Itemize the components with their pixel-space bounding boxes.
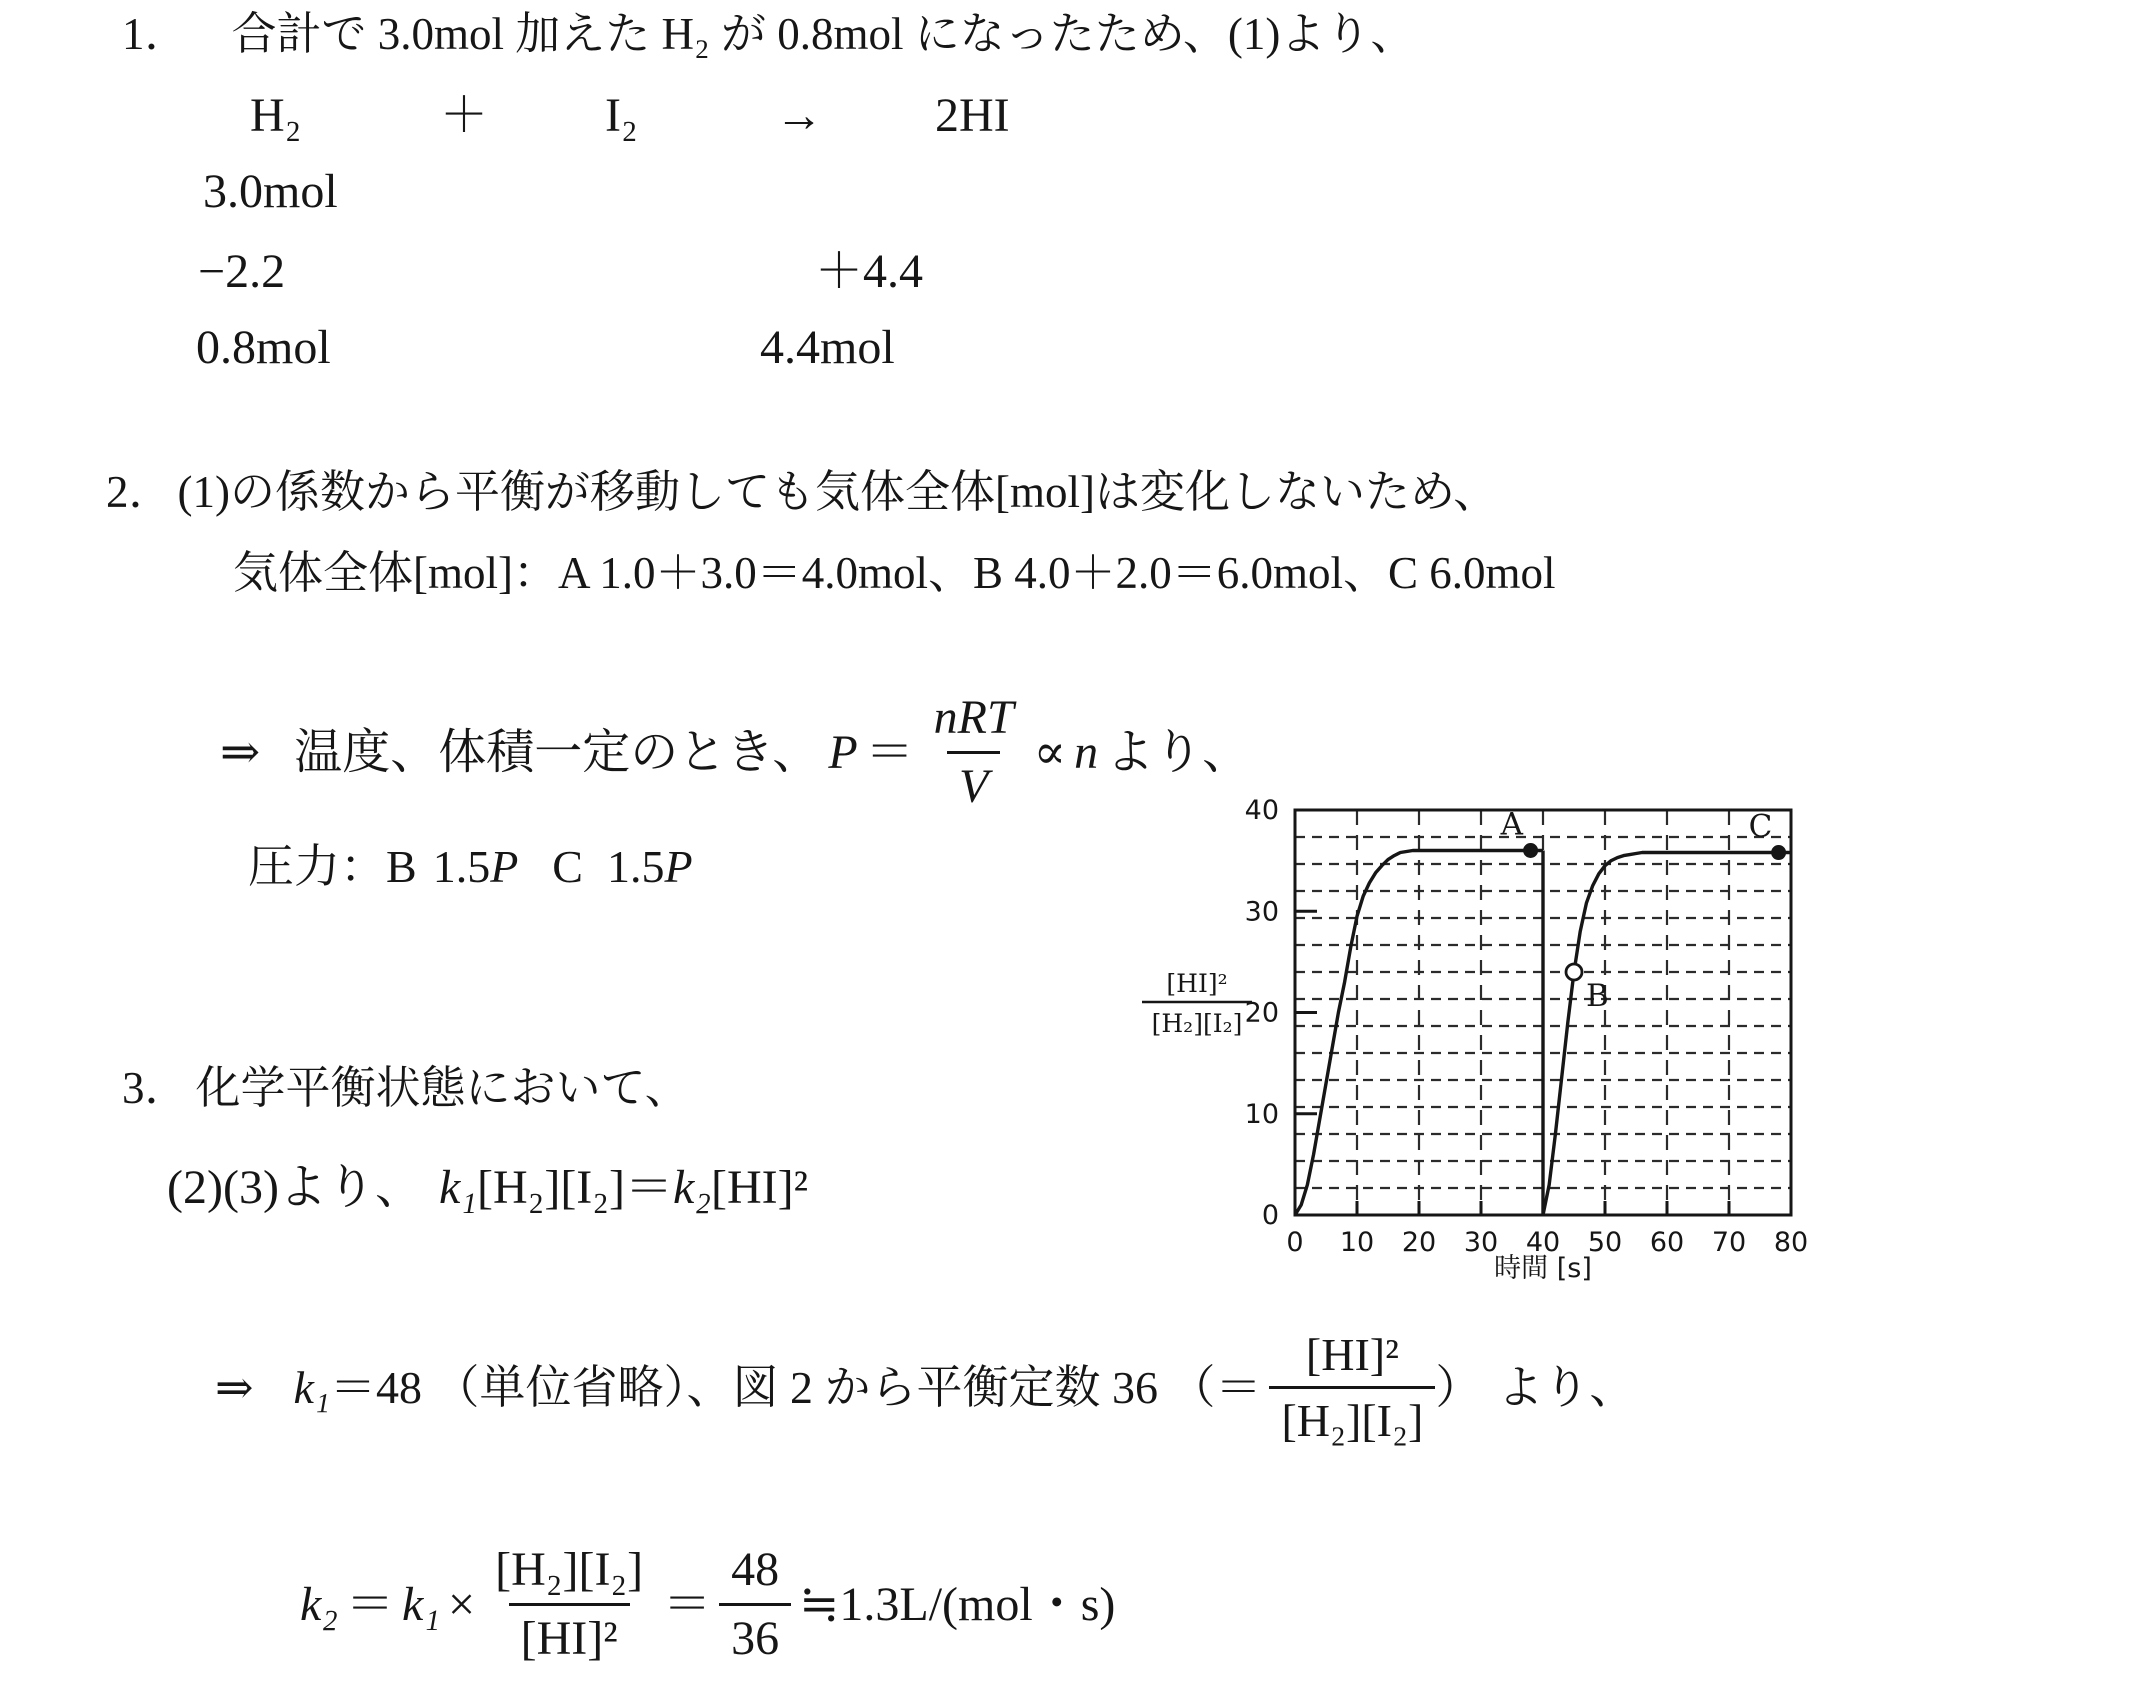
pressure-fraction: nRT V (922, 688, 1026, 817)
chart-y-axis-label: [HI]²[H₂][I₂] (1142, 969, 1252, 1038)
svg-text:10: 10 (1245, 1099, 1279, 1130)
chart-point-label-B: B (1586, 978, 1609, 1014)
equilibrium-fraction-numerator: [HI]² (1294, 1326, 1411, 1387)
k1-tail-text: より、 (1497, 1359, 1635, 1417)
chart-ticks (1295, 911, 1729, 1215)
pressure-pre-text: 温度、体積一定のとき、 (294, 723, 820, 783)
section2-number: 2． (106, 464, 174, 520)
pressure-equals: ＝ (866, 723, 914, 783)
k2-var: k₂ (300, 1575, 338, 1635)
k2-result-equation: k₂ ＝ k₁ × [H₂][I₂] [HI]² ＝ 48 36 ≒ 1.3L/… (300, 1522, 1115, 1687)
figure-2-chart: 01020304001020304050607080ABC[HI]²[H₂][I… (1140, 772, 1820, 1312)
equation-plus-sign: ＋ (440, 86, 488, 146)
mol-row-initial-h2: 3.0mol (203, 162, 338, 222)
pressure-result-label: 圧力：B (248, 838, 417, 896)
equilibrium-fraction-denominator: [H₂][I₂] (1269, 1386, 1435, 1450)
k2-fraction2-numerator: 48 (719, 1540, 791, 1603)
solution-document: 1．合計で 3.0mol 加えた H₂ が 0.8mol になったため、(1)よ… (0, 0, 2147, 1690)
svg-text:[HI]²: [HI]² (1166, 969, 1227, 998)
svg-text:50: 50 (1588, 1227, 1622, 1258)
section3-number: 3． (122, 1060, 190, 1116)
svg-text:30: 30 (1245, 896, 1279, 927)
chart-y-tick-labels: 010203040 (1245, 795, 1279, 1231)
k2-concentration-fraction: [H₂][I₂] [HI]² (483, 1540, 655, 1669)
pressure-c-label: C (552, 838, 583, 896)
section2-heading: 2．(1)の係数から平衡が移動しても気体全体[mol]は変化しないため、 (106, 464, 1498, 520)
svg-text:0: 0 (1286, 1227, 1303, 1258)
section3-heading-text: 化学平衡状態において、 (196, 1063, 690, 1113)
implies-arrow-icon: ⇒ (220, 723, 260, 783)
k2-result-value: 1.3L/(mol・s) (839, 1575, 1115, 1635)
svg-text:0: 0 (1262, 1200, 1279, 1231)
svg-text:10: 10 (1340, 1227, 1374, 1258)
section2-line2: 気体全体[mol]：A 1.0＋3.0＝4.0mol、B 4.0＋2.0＝6.0… (233, 545, 1556, 601)
k1-close-paren: ） (1435, 1359, 1481, 1417)
k1-value-line: ⇒ k₁ ＝48 （単位省略）、図 2 から平衡定数 36 （＝ [HI]² [… (215, 1305, 1635, 1470)
section3-heading: 3．化学平衡状態において、 (122, 1060, 690, 1116)
rate-equation-tail: [HI]² (711, 1158, 808, 1218)
chart-point-label-A: A (1500, 807, 1524, 843)
multiply-icon: × (448, 1575, 475, 1635)
chart-point-C (1771, 845, 1786, 860)
section1-heading: 1．合計で 3.0mol 加えた H₂ が 0.8mol になったため、(1)よ… (122, 6, 1415, 62)
equation-h2: H₂ (250, 86, 301, 146)
mol-row-final-hi: 4.4mol (760, 318, 895, 378)
rate-equation-middle: [H₂][I₂]＝ (477, 1158, 673, 1218)
section2-heading-text: (1)の係数から平衡が移動しても気体全体[mol]は変化しないため、 (178, 467, 1499, 517)
pressure-c-value: 1.5 (607, 838, 665, 896)
rate-k2-var: k₂ (673, 1158, 711, 1218)
mol-row-final-h2: 0.8mol (196, 318, 331, 378)
equation-2hi: 2HI (935, 86, 1010, 146)
proportional-icon: ∝ (1034, 723, 1066, 783)
pressure-n-var: n (1074, 723, 1098, 783)
k2-fraction1-numerator: [H₂][I₂] (483, 1540, 655, 1603)
pressure-fraction-denominator: V (947, 751, 1000, 817)
k2-k1-var: k₁ (402, 1575, 440, 1635)
equilibrium-constant-fraction: [HI]² [H₂][I₂] (1269, 1326, 1435, 1450)
svg-text:[H₂][I₂]: [H₂][I₂] (1152, 1009, 1243, 1038)
svg-text:20: 20 (1402, 1227, 1436, 1258)
pressure-c-value-p: P (664, 838, 692, 896)
mol-row-change-hi: ＋4.4 (815, 242, 923, 302)
pressure-result-line: 圧力：B 1.5 P C 1.5 P (248, 838, 693, 896)
chart-point-A (1523, 843, 1538, 858)
svg-text:40: 40 (1245, 795, 1279, 826)
equation-arrow-icon: → (775, 86, 823, 146)
svg-text:70: 70 (1712, 1227, 1746, 1258)
svg-text:80: 80 (1774, 1227, 1808, 1258)
section1-heading-text: 合計で 3.0mol 加えた H₂ が 0.8mol になったため、(1)より、 (232, 9, 1416, 59)
chart-x-axis-label: 時間 [s] (1494, 1253, 1592, 1284)
chart-point-B (1566, 964, 1582, 980)
rate-equation-pre: (2)(3)より、 (167, 1158, 423, 1218)
chart-point-label-C: C (1749, 809, 1773, 845)
section1-number: 1． (122, 6, 190, 62)
mol-row-change-h2: −2.2 (198, 242, 285, 302)
k2-equals-1: ＝ (346, 1575, 394, 1635)
pressure-equation-line: ⇒ 温度、体積一定のとき、 P ＝ nRT V ∝ n より、 (220, 685, 1250, 820)
svg-text:30: 30 (1464, 1227, 1498, 1258)
k2-number-fraction: 48 36 (719, 1540, 791, 1669)
equation-i2: I₂ (605, 86, 638, 146)
equilibrium-rate-equation: (2)(3)より、 k₁ [H₂][I₂]＝ k₂ [HI]² (167, 1158, 808, 1218)
pressure-fraction-numerator: nRT (922, 688, 1026, 751)
pressure-p-var: P (828, 723, 857, 783)
k2-equals-2: ＝ (663, 1575, 711, 1635)
pressure-b-value: 1.5 (433, 838, 491, 896)
k2-fraction2-denominator: 36 (719, 1603, 791, 1669)
svg-text:60: 60 (1650, 1227, 1684, 1258)
pressure-b-value-p: P (490, 838, 518, 896)
rate-k1-var: k₁ (439, 1158, 477, 1218)
approx-equal-icon: ≒ (799, 1575, 839, 1635)
implies-arrow2-icon: ⇒ (215, 1359, 254, 1417)
k1-var: k₁ (294, 1359, 330, 1417)
k1-value-text: ＝48 （単位省略）、図 2 から平衡定数 36 （＝ (330, 1359, 1262, 1417)
k2-fraction1-denominator: [HI]² (509, 1603, 630, 1669)
